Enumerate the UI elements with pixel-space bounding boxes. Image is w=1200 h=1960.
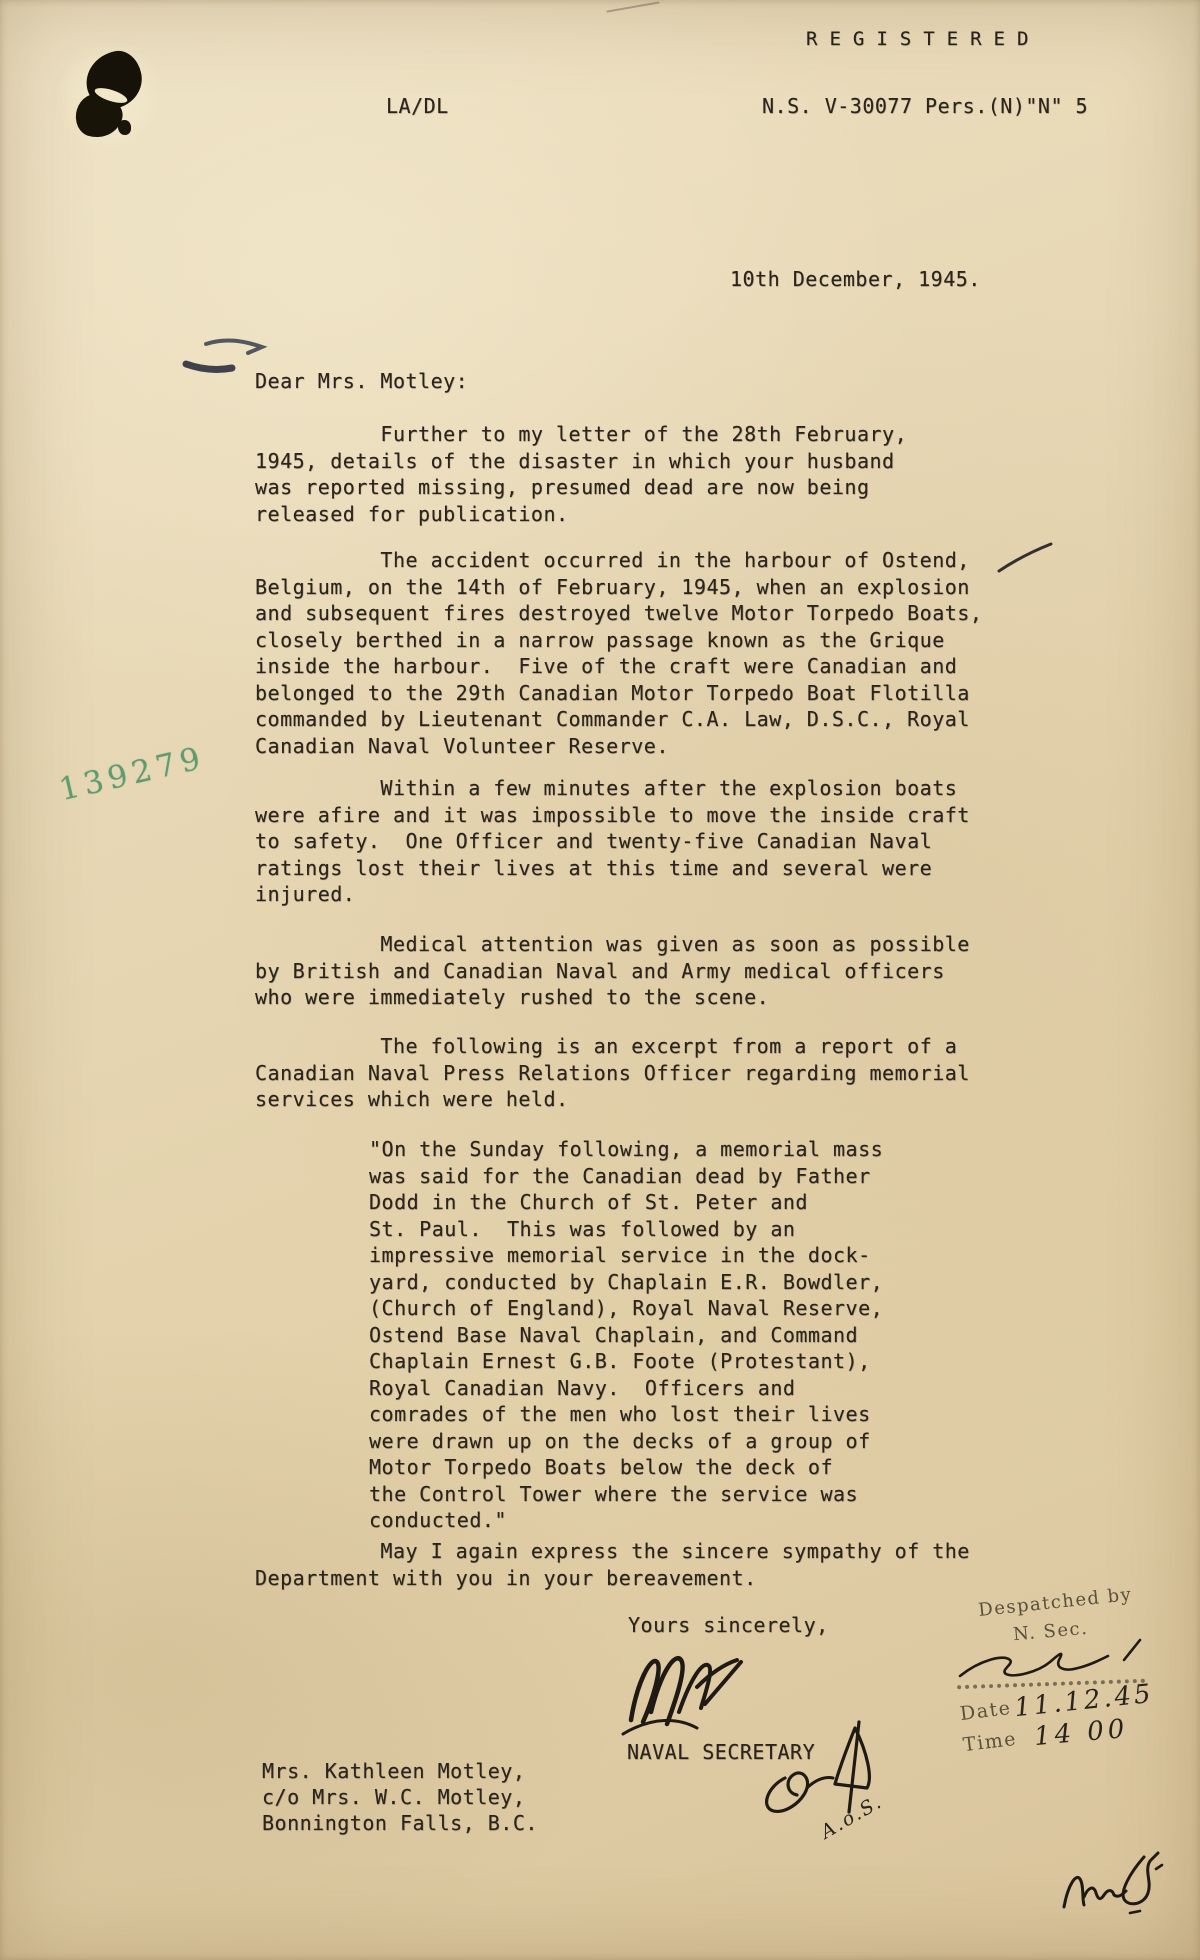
letter-date: 10th December, 1945. xyxy=(730,266,981,293)
recipient-address: Mrs. Kathleen Motley, c/o Mrs. W.C. Motl… xyxy=(262,1758,538,1836)
office-code: LA/DL xyxy=(386,93,449,120)
closing-paragraph: May I again express the sincere sympathy… xyxy=(255,1538,970,1591)
paragraph-3: Within a few minutes after the explosion… xyxy=(255,775,970,908)
paragraph-2: The accident occurred in the harbour of … xyxy=(255,547,982,759)
registered-label: REGISTERED xyxy=(806,26,1040,53)
bottom-right-initial-scribble xyxy=(1052,1845,1182,1925)
ink-marks xyxy=(180,332,290,380)
despatch-date-label: Date xyxy=(959,1697,1013,1725)
naval-secretary-signature xyxy=(617,1642,767,1742)
registry-number-stamp: 139279 xyxy=(56,740,209,808)
paper-crease xyxy=(606,1,660,12)
despatch-time-label: Time xyxy=(962,1728,1018,1756)
torn-hole-speck xyxy=(118,120,131,135)
check-tick-mark xyxy=(995,540,1055,576)
file-reference-number: N.S. V-30077 Pers.(N)"N" 5 xyxy=(762,93,1088,120)
paragraph-4: Medical attention was given as soon as p… xyxy=(255,931,970,1011)
scanned-letter-page: REGISTERED LA/DL N.S. V-30077 Pers.(N)"N… xyxy=(0,0,1200,1960)
valediction: Yours sincerely, xyxy=(628,1612,829,1639)
paragraph-1: Further to my letter of the 28th Februar… xyxy=(255,421,907,527)
memorial-report-quote: "On the Sunday following, a memorial mas… xyxy=(369,1136,883,1534)
paragraph-5: The following is an excerpt from a repor… xyxy=(255,1033,970,1113)
despatch-stamp-line1: Despatched by xyxy=(977,1584,1133,1621)
